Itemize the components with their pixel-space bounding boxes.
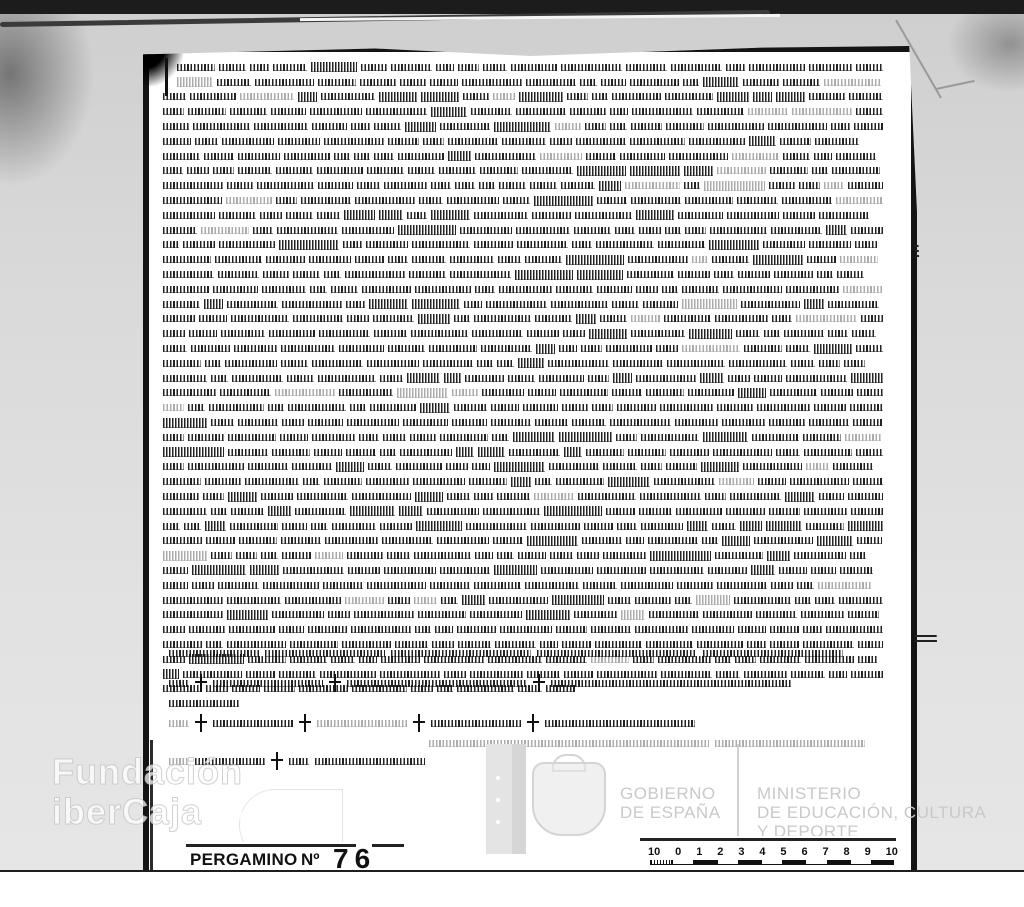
scale-top-rule: [640, 838, 896, 841]
cross-signum-icon: [533, 674, 545, 692]
cross-signum-icon: [195, 714, 207, 732]
manuscript-line: [163, 149, 888, 164]
manuscript-line: [163, 326, 888, 341]
star-icon: [496, 820, 500, 824]
cross-signum-icon: [329, 674, 341, 692]
scale-tick-label: 5: [780, 846, 786, 858]
manuscript-line: [163, 75, 888, 90]
manuscript-line: [163, 282, 888, 297]
star-icon: [496, 798, 500, 802]
manuscript-line: [163, 356, 888, 371]
manuscript-line: [163, 193, 888, 208]
manuscript-line: [163, 578, 888, 593]
manuscript-line: [163, 519, 888, 534]
parchment-document: [143, 46, 917, 878]
manuscript-line: [163, 386, 888, 401]
scale-tick-label: 10: [648, 846, 660, 858]
manuscript-line: [163, 622, 888, 637]
scale-labels: 10012345678910: [648, 846, 898, 858]
spain-flag-bar-icon: [512, 744, 526, 854]
cross-signum-icon: [299, 714, 311, 732]
cross-signum-icon: [271, 752, 283, 770]
ibercaja-logo-dash: [240, 812, 340, 819]
manuscript-line: [163, 474, 888, 489]
ministry-line-2: DE EDUCACIÓN, CULTURA: [757, 803, 986, 822]
manuscript-line: [163, 593, 888, 608]
manuscript-line: [163, 104, 888, 119]
signature-line-3: [169, 700, 239, 707]
label-rule: [186, 844, 356, 847]
manuscript-text-block: [163, 60, 888, 696]
signature-line-1: [169, 650, 843, 657]
manuscript-line: [163, 223, 888, 238]
ministerio-watermark: MINISTERIO DE EDUCACIÓN, CULTURA Y DEPOR…: [757, 784, 986, 841]
manuscript-line: [163, 119, 888, 134]
scale-tick-label: 7: [823, 846, 829, 858]
manuscript-line: [163, 238, 888, 253]
scale-tick-label: 3: [738, 846, 744, 858]
scale-tick-label: 2: [717, 846, 723, 858]
manuscript-line: [163, 607, 888, 622]
watermark-line-2: iberCaja: [52, 792, 243, 832]
watermark-line-1: Fundación: [52, 752, 243, 792]
scale-tick-label: 8: [844, 846, 850, 858]
scale-tick-label: 1: [696, 846, 702, 858]
scale-tick-label: 4: [759, 846, 765, 858]
manuscript-line: [163, 134, 888, 149]
manuscript-line: [163, 208, 888, 223]
cross-signum-icon: [527, 714, 539, 732]
scale-tick-label: 0: [675, 846, 681, 858]
manuscript-line: [163, 430, 888, 445]
manuscript-line: [163, 164, 888, 179]
label-number-prefix: Nº: [301, 850, 320, 870]
signature-line-2: [169, 674, 791, 692]
gobierno-watermark: GOBIERNO DE ESPAÑA: [620, 784, 721, 822]
manuscript-line: [163, 563, 888, 578]
manuscript-line: [163, 534, 888, 549]
cross-signum-icon: [195, 674, 207, 692]
manuscript-line: [163, 504, 888, 519]
scale-tick-label: 10: [886, 846, 898, 858]
scale-tick-label: 9: [865, 846, 871, 858]
manuscript-line: [163, 341, 888, 356]
manuscript-line: [163, 60, 888, 75]
manuscript-line: [163, 460, 888, 475]
label-title: PERGAMINO: [190, 850, 298, 870]
margin-ticks: [915, 632, 937, 645]
manuscript-line: [163, 415, 888, 430]
coat-of-arms-icon: [532, 762, 606, 836]
top-dark-band: [0, 0, 1024, 14]
manuscript-line: [163, 400, 888, 415]
star-icon: [496, 776, 500, 780]
manuscript-line: [163, 489, 888, 504]
signature-line-4: [169, 714, 695, 732]
cross-signum-icon: [413, 714, 425, 732]
manuscript-line: [163, 312, 888, 327]
bottom-margin: [0, 872, 1024, 907]
gov-line-2: DE ESPAÑA: [620, 803, 721, 822]
watermark-separator: [737, 744, 739, 848]
manuscript-line: [163, 297, 888, 312]
manuscript-line: [163, 267, 888, 282]
manuscript-line: [163, 445, 888, 460]
manuscript-line: [163, 371, 888, 386]
manuscript-line: [163, 548, 888, 563]
manuscript-line: [163, 90, 888, 105]
scale-bar: [650, 860, 894, 865]
fundacion-ibercaja-watermark: Fundación iberCaja: [52, 752, 243, 832]
manuscript-line: [163, 178, 888, 193]
gov-line-1: GOBIERNO: [620, 784, 721, 803]
manuscript-line: [163, 252, 888, 267]
label-rule: [372, 844, 404, 847]
ministry-line-1: MINISTERIO: [757, 784, 986, 803]
scale-tick-label: 6: [801, 846, 807, 858]
